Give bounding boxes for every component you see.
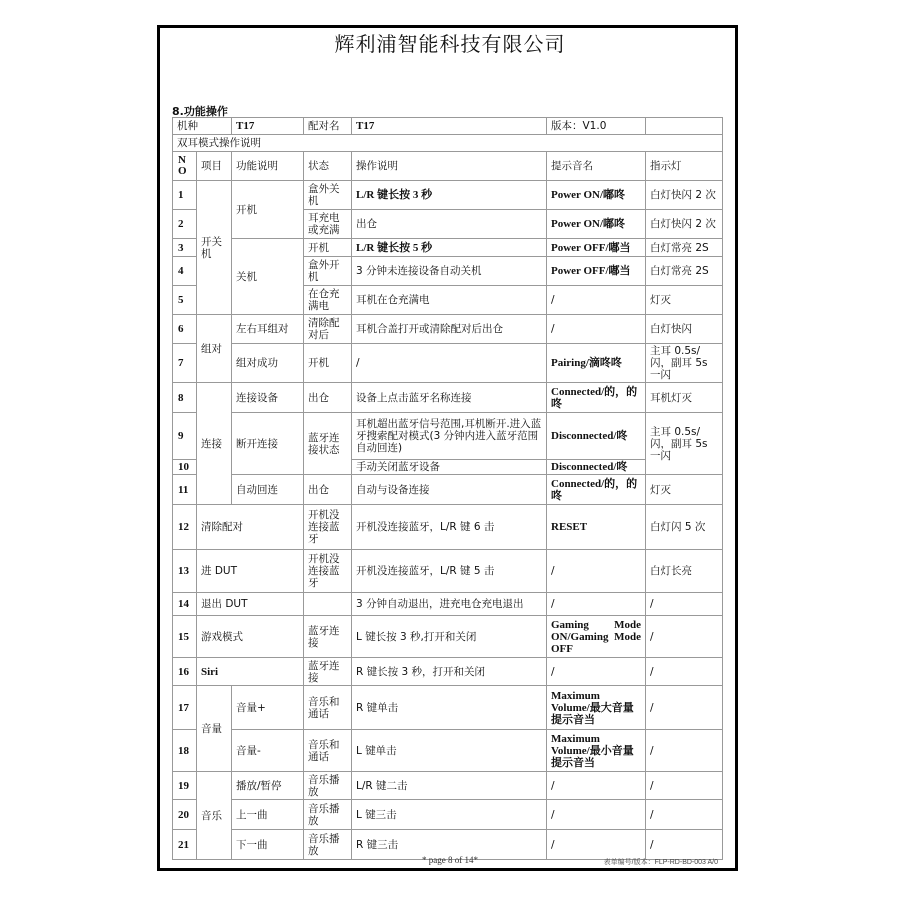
header-prompt-tone: 提示音名	[547, 152, 646, 181]
row-operation: L 键三击	[352, 800, 547, 830]
table-row: 7 组对成功 开机 / Pairing/滴咚咚 主耳 0.5s/闪，副耳 5s …	[173, 344, 723, 383]
row-indicator: /	[646, 658, 723, 686]
table-row: 15 游戏模式 蓝牙连接 L 键长按 3 秒,打开和关闭 Gaming Mode…	[173, 616, 723, 658]
row-state: 音乐和通话	[304, 686, 352, 730]
row-indicator: 主耳 0.5s/闪，副耳 5s 一闪	[646, 344, 723, 383]
row-indicator: 白灯快闪 2 次	[646, 210, 723, 239]
row-state: 蓝牙连接	[304, 658, 352, 686]
group-volume: 音量	[197, 686, 232, 772]
table-row: 11 自动回连 出仓 自动与设备连接 Connected/的，的咚 灯灭	[173, 475, 723, 505]
row-tone: Maximum Volume/最小音量提示音当	[547, 730, 646, 772]
row-indicator: /	[646, 593, 723, 616]
row-no: 2	[173, 210, 197, 239]
table-row: 14 退出 DUT 3 分钟自动退出，进充电仓充电退出 / /	[173, 593, 723, 616]
row-indicator: 白灯长亮	[646, 550, 723, 593]
row-tone: Power OFF/嘟当	[547, 239, 646, 257]
row-tone: /	[547, 800, 646, 830]
row-indicator: 主耳 0.5s/闪，副耳 5s 一闪	[646, 413, 723, 475]
table-row: 9 断开连接 蓝牙连接状态 耳机超出蓝牙信号范围,耳机断开.进入蓝牙搜索配对模式…	[173, 413, 723, 460]
row-tone: /	[547, 315, 646, 344]
function-prev: 上一曲	[232, 800, 304, 830]
row-state: 出仓	[304, 383, 352, 413]
row-indicator: /	[646, 686, 723, 730]
row-operation: L/R 键长按 5 秒	[352, 239, 547, 257]
row-indicator: 灯灭	[646, 286, 723, 315]
row-no: 5	[173, 286, 197, 315]
row-state	[304, 593, 352, 616]
row-state: 盒外关机	[304, 181, 352, 210]
row-indicator: 耳机灯灭	[646, 383, 723, 413]
row-tone: Disconnected/咚	[547, 460, 646, 475]
row-indicator: /	[646, 800, 723, 830]
row-operation: L 键单击	[352, 730, 547, 772]
header-state: 状态	[304, 152, 352, 181]
row-no: 14	[173, 593, 197, 616]
group-pairing: 组对	[197, 315, 232, 383]
row-state: 开机	[304, 344, 352, 383]
row-operation: L/R 键二击	[352, 772, 547, 800]
row-state: 音乐播放	[304, 772, 352, 800]
table-row: 6 组对 左右耳组对 清除配对后 耳机合盖打开或清除配对后出仓 / 白灯快闪	[173, 315, 723, 344]
row-no: 17	[173, 686, 197, 730]
row-tone: /	[547, 593, 646, 616]
row-state: 耳充电或充满	[304, 210, 352, 239]
function-power-on: 开机	[232, 181, 304, 239]
row-operation: 手动关闭蓝牙设备	[352, 460, 547, 475]
row-tone: RESET	[547, 505, 646, 550]
row-no: 4	[173, 257, 197, 286]
row-tone: Disconnected/咚	[547, 413, 646, 460]
row-state: 音乐和通话	[304, 730, 352, 772]
page-number: * page 8 of 14*	[0, 855, 900, 865]
table-row: 13 进 DUT 开机没连接蓝牙 开机没连接蓝牙，L/R 键 5 击 / 白灯长…	[173, 550, 723, 593]
row-state: 出仓	[304, 475, 352, 505]
row-state: 音乐播放	[304, 800, 352, 830]
row-item: 游戏模式	[197, 616, 304, 658]
row-no: 9	[173, 413, 197, 460]
row-tone: /	[547, 658, 646, 686]
table-row: 17 音量 音量+ 音乐和通话 R 键单击 Maximum Volume/最大音…	[173, 686, 723, 730]
table-row: 1 开关机 开机 盒外关机 L/R 键长按 3 秒 Power ON/嘟咚 白灯…	[173, 181, 723, 210]
row-state: 蓝牙连接状态	[304, 413, 352, 475]
function-play-pause: 播放/暂停	[232, 772, 304, 800]
row-item: 进 DUT	[197, 550, 304, 593]
row-state: 盒外开机	[304, 257, 352, 286]
row-no: 6	[173, 315, 197, 344]
pair-name-label: 配对名	[304, 118, 352, 135]
table-row: 16 Siri 蓝牙连接 R 键长按 3 秒，打开和关闭 / /	[173, 658, 723, 686]
pair-name-value: T17	[352, 118, 547, 135]
function-vol-up: 音量+	[232, 686, 304, 730]
function-connect-device: 连接设备	[232, 383, 304, 413]
row-state: 开机没连接蓝牙	[304, 505, 352, 550]
row-item: 清除配对	[197, 505, 304, 550]
model-label: 机种	[173, 118, 232, 135]
row-indicator: 白灯快闪	[646, 315, 723, 344]
row-operation: 设备上点击蓝牙名称连接	[352, 383, 547, 413]
table-row: 12 清除配对 开机没连接蓝牙 开机没连接蓝牙，L/R 键 6 击 RESET …	[173, 505, 723, 550]
header-indicator: 指示灯	[646, 152, 723, 181]
version-label: 版本：V1.0	[547, 118, 646, 135]
row-indicator: 白灯快闪 2 次	[646, 181, 723, 210]
table-row: 19 音乐 播放/暂停 音乐播放 L/R 键二击 / /	[173, 772, 723, 800]
row-no: 13	[173, 550, 197, 593]
row-no: 10	[173, 460, 197, 475]
row-state: 开机没连接蓝牙	[304, 550, 352, 593]
row-item: 退出 DUT	[197, 593, 304, 616]
row-operation: 耳机合盖打开或清除配对后出仓	[352, 315, 547, 344]
row-tone: Connected/的，的咚	[547, 383, 646, 413]
function-power-off: 关机	[232, 239, 304, 315]
group-music: 音乐	[197, 772, 232, 860]
row-tone: Power ON/嘟咚	[547, 210, 646, 239]
row-indicator: /	[646, 616, 723, 658]
row-no: 16	[173, 658, 197, 686]
row-tone: Power OFF/嘟当	[547, 257, 646, 286]
row-indicator: 白灯常亮 2S	[646, 257, 723, 286]
form-number: 表单编号/版本：FLP-RD-BD-003 A/0	[604, 857, 718, 867]
row-no: 11	[173, 475, 197, 505]
row-no: 18	[173, 730, 197, 772]
row-state: 蓝牙连接	[304, 616, 352, 658]
header-item: 项目	[197, 152, 232, 181]
function-disconnect: 断开连接	[232, 413, 304, 475]
row-operation: 出仓	[352, 210, 547, 239]
table-row: 18 音量- 音乐和通话 L 键单击 Maximum Volume/最小音量提示…	[173, 730, 723, 772]
row-state: 开机	[304, 239, 352, 257]
row-state: 清除配对后	[304, 315, 352, 344]
row-indicator: /	[646, 772, 723, 800]
row-tone: /	[547, 286, 646, 315]
row-operation: 自动与设备连接	[352, 475, 547, 505]
row-operation: L/R 键长按 3 秒	[352, 181, 547, 210]
header-function: 功能说明	[232, 152, 304, 181]
model-value: T17	[232, 118, 304, 135]
header-operation: 操作说明	[352, 152, 547, 181]
row-operation: 耳机超出蓝牙信号范围,耳机断开.进入蓝牙搜索配对模式(3 分钟内进入蓝牙范围自动…	[352, 413, 547, 460]
row-no: 20	[173, 800, 197, 830]
header-no: N O	[173, 152, 197, 181]
row-item: Siri	[197, 658, 304, 686]
row-operation: R 键单击	[352, 686, 547, 730]
row-no: 7	[173, 344, 197, 383]
row-indicator: /	[646, 730, 723, 772]
row-tone: Maximum Volume/最大音量提示音当	[547, 686, 646, 730]
row-tone: /	[547, 550, 646, 593]
table-row: 20 上一曲 音乐播放 L 键三击 / /	[173, 800, 723, 830]
row-operation: R 键长按 3 秒，打开和关闭	[352, 658, 547, 686]
function-lr-pair: 左右耳组对	[232, 315, 304, 344]
row-no: 1	[173, 181, 197, 210]
row-indicator: 白灯常亮 2S	[646, 239, 723, 257]
row-tone: Pairing/滴咚咚	[547, 344, 646, 383]
function-vol-down: 音量-	[232, 730, 304, 772]
row-tone: Gaming Mode ON/Gaming Mode OFF	[547, 616, 646, 658]
row-operation: 3 分钟自动退出，进充电仓充电退出	[352, 593, 547, 616]
row-operation: 3 分钟未连接设备自动关机	[352, 257, 547, 286]
mode-title: 双耳模式操作说明	[173, 135, 723, 152]
row-indicator: 白灯闪 5 次	[646, 505, 723, 550]
row-operation: 开机没连接蓝牙，L/R 键 5 击	[352, 550, 547, 593]
blank-cell	[646, 118, 723, 135]
function-auto-reconnect: 自动回连	[232, 475, 304, 505]
header-row: N O 项目 功能说明 状态 操作说明 提示音名 指示灯	[173, 152, 723, 181]
row-indicator: 灯灭	[646, 475, 723, 505]
info-row: 机种 T17 配对名 T17 版本：V1.0	[173, 118, 723, 135]
row-no: 3	[173, 239, 197, 257]
function-operation-table: 机种 T17 配对名 T17 版本：V1.0 双耳模式操作说明 N O 项目 功…	[172, 117, 723, 860]
group-power: 开关机	[197, 181, 232, 315]
row-tone: Power ON/嘟咚	[547, 181, 646, 210]
company-title: 辉利浦智能科技有限公司	[0, 28, 900, 57]
row-operation: 开机没连接蓝牙，L/R 键 6 击	[352, 505, 547, 550]
row-no: 19	[173, 772, 197, 800]
row-operation: L 键长按 3 秒,打开和关闭	[352, 616, 547, 658]
row-operation: /	[352, 344, 547, 383]
table-row: 8 连接 连接设备 出仓 设备上点击蓝牙名称连接 Connected/的，的咚 …	[173, 383, 723, 413]
group-connect: 连接	[197, 383, 232, 505]
function-pair-success: 组对成功	[232, 344, 304, 383]
row-tone: /	[547, 772, 646, 800]
row-operation: 耳机在仓充满电	[352, 286, 547, 315]
row-no: 12	[173, 505, 197, 550]
table-row: 3 关机 开机 L/R 键长按 5 秒 Power OFF/嘟当 白灯常亮 2S	[173, 239, 723, 257]
row-no: 15	[173, 616, 197, 658]
row-no: 8	[173, 383, 197, 413]
row-state: 在仓充满电	[304, 286, 352, 315]
row-tone: Connected/的，的咚	[547, 475, 646, 505]
